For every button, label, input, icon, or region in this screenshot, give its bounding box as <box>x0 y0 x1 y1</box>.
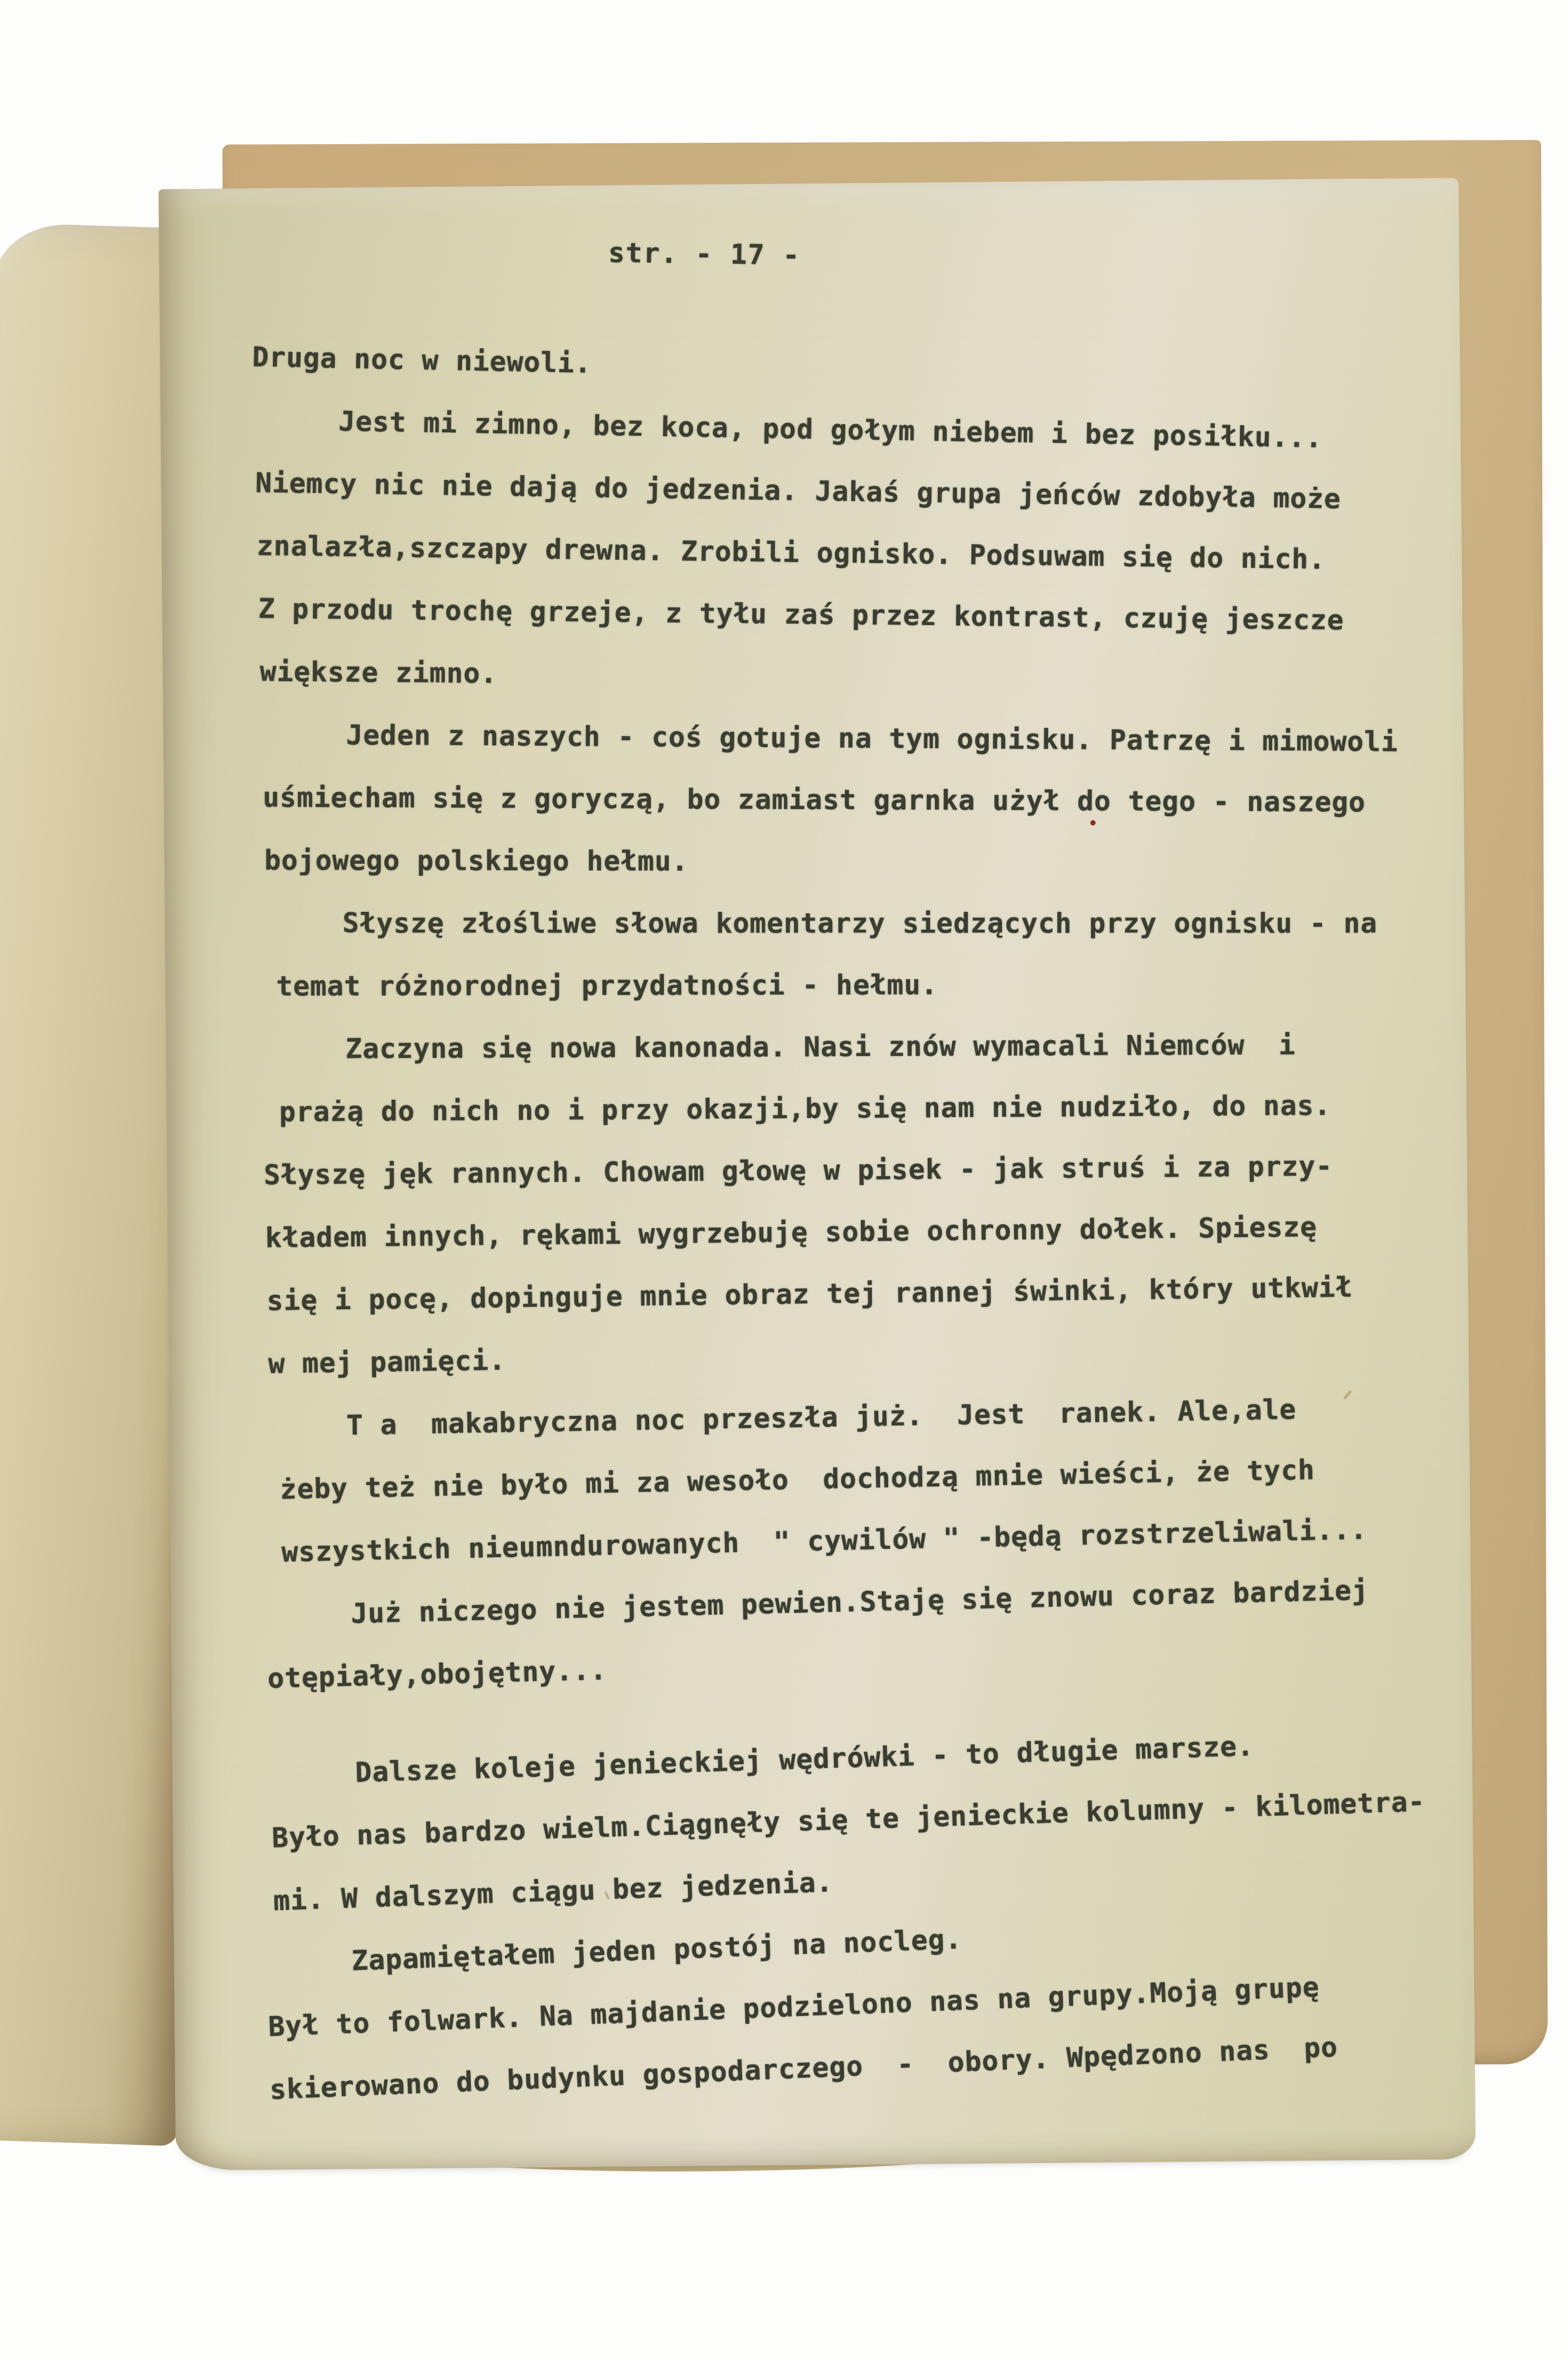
text-line: bojowego polskiego hełmu. <box>264 829 1456 895</box>
red-ink-speck <box>1090 820 1096 825</box>
text-line: uśmiecham się z goryczą, bo zamiast garn… <box>263 766 1455 835</box>
text-line: Zaczyna się nowa kanonada. Nasi znów wym… <box>260 1013 1452 1081</box>
text-line: prażą do nich no i przy okazji,by się na… <box>262 1074 1454 1144</box>
typewritten-page: str. - 17 - Druga noc w niewoli. Jest mi… <box>159 178 1476 2170</box>
text-line: temat różnorodnej przydatności - hełmu. <box>259 953 1450 1018</box>
typewritten-text: Druga noc w niewoli. Jest mi zimno, bez … <box>256 315 1463 2121</box>
text-line: Jeden z naszych - coś gotuje na tym ogni… <box>261 703 1453 774</box>
scanned-book-photo: str. - 17 - Druga noc w niewoli. Jest mi… <box>0 0 1568 2360</box>
text-line: Słyszę złośliwe słowa komentarzy siedząc… <box>257 892 1449 955</box>
page-number-header: str. - 17 - <box>608 237 800 271</box>
text-line: większe zimno. <box>259 640 1451 713</box>
